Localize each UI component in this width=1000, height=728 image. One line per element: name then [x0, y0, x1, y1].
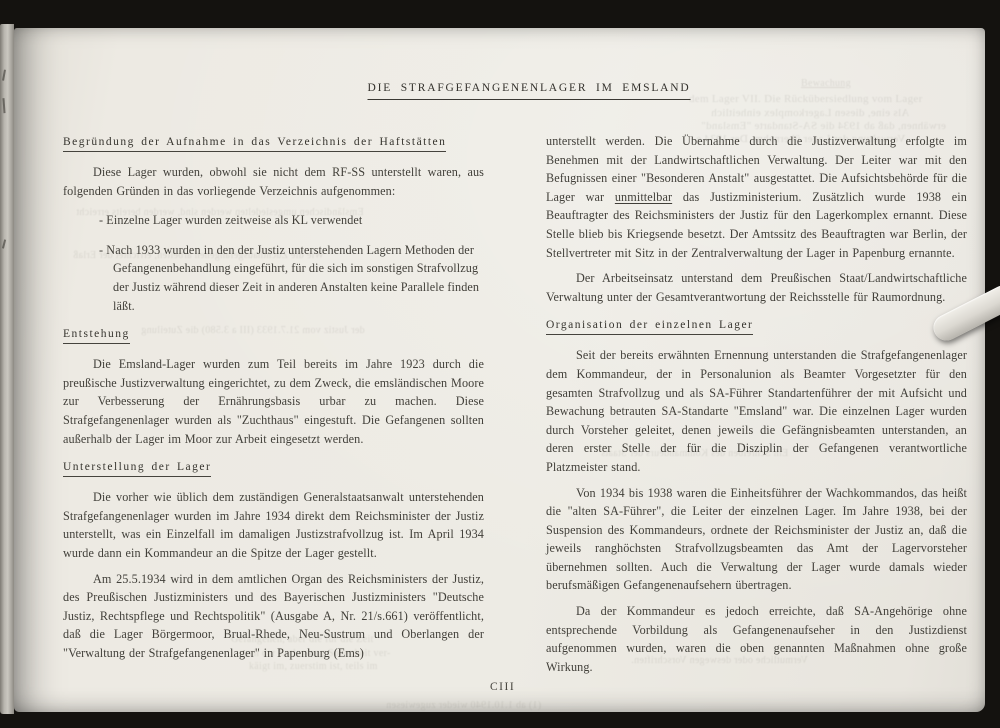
- section-heading-text: Organisation der einzelnen Lager: [546, 319, 753, 335]
- bleedthrough-text: Bewachung: [801, 78, 851, 89]
- margin-mark: [2, 239, 10, 249]
- list-item: - Einzelne Lager wurden zeitweise als KL…: [63, 211, 484, 230]
- right-column: unterstellt werden. Die Übernahme durch …: [546, 132, 967, 683]
- bleedthrough-text: erwähnen, daß ab 1934 die SA-Standarte "…: [701, 120, 946, 132]
- section-heading: Organisation der einzelnen Lager: [546, 315, 967, 335]
- body-paragraph: Die Emsland-Lager wurden zum Teil bereit…: [63, 355, 484, 448]
- page-title-text: DIE STRAFGEFANGENENLAGER IM EMSLAND: [368, 82, 691, 100]
- book-page: Bewachungdem Lager VII. Die Rückübersied…: [14, 28, 985, 712]
- body-paragraph: unterstellt werden. Die Übernahme durch …: [546, 132, 967, 262]
- margin-mark: [2, 98, 9, 113]
- section-heading: Entstehung: [63, 324, 484, 344]
- text-columns: Begründung der Aufnahme in das Verzeichn…: [63, 132, 967, 683]
- body-paragraph: Seit der bereits erwähnten Ernennung unt…: [546, 346, 967, 476]
- body-paragraph: Diese Lager wurden, obwohl sie nicht dem…: [63, 163, 484, 200]
- section-heading-text: Begründung der Aufnahme in das Verzeichn…: [63, 136, 446, 152]
- underlined-word: unmittelbar: [615, 190, 672, 204]
- left-column: Begründung der Aufnahme in das Verzeichn…: [63, 132, 484, 683]
- section-heading: Unterstellung der Lager: [63, 457, 484, 477]
- section-heading-text: Entstehung: [63, 328, 130, 344]
- body-paragraph: Da der Kommandeur es jedoch erreichte, d…: [546, 602, 967, 676]
- body-paragraph: Von 1934 bis 1938 waren die Einheitsführ…: [546, 484, 967, 596]
- list-item: - Nach 1933 wurden in den der Justiz unt…: [63, 241, 484, 315]
- page-title: DIE STRAFGEFANGENENLAGER IM EMSLAND: [368, 78, 691, 100]
- section-heading-text: Unterstellung der Lager: [63, 461, 211, 477]
- bleedthrough-text: dem Lager VII. Die Rückübersiedlung vom …: [689, 93, 923, 105]
- book-scan: Bewachungdem Lager VII. Die Rückübersied…: [0, 0, 1000, 728]
- margin-mark: [2, 70, 10, 82]
- body-paragraph: Der Arbeitseinsatz unterstand dem Preußi…: [546, 269, 967, 306]
- section-heading: Begründung der Aufnahme in das Verzeichn…: [63, 132, 484, 152]
- body-paragraph: Am 25.5.1934 wird in dem amtlichen Organ…: [63, 570, 484, 663]
- bleedthrough-text: Als eine, diesen Lagerkomplex einheitlic…: [711, 107, 909, 119]
- page-number: CIII: [490, 681, 515, 693]
- bleedthrough-text: (1) ab 1.10.1940 wieder zugewiesen: [386, 700, 541, 711]
- page-edge-strip: [0, 24, 14, 714]
- body-paragraph: Die vorher wie üblich dem zuständigen Ge…: [63, 488, 484, 562]
